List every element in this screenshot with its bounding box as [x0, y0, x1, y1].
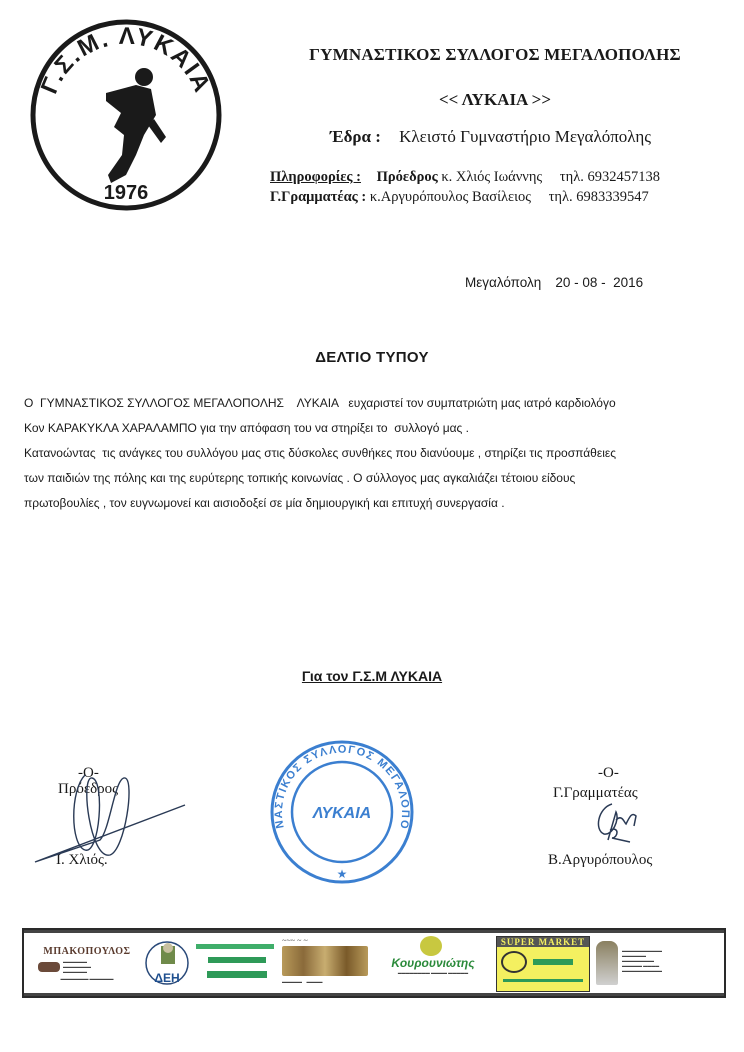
sponsor-banner: ΜΠΑΚΟΠΟΥΛΟΣ ▬▬▬▬▬▬▬▬▬▬▬▬▬▬▬▬▬▬▬ ▬▬▬▬▬▬▬ …	[22, 928, 726, 998]
date-place: Μεγαλόπολη	[465, 275, 541, 290]
sponsor-super-market: SUPER MARKET	[496, 936, 590, 992]
body-line: Κατανοώντας τις ανάγκες του συλλόγου μας…	[24, 446, 616, 460]
sponsor-bakopoulos: ΜΠΑΚΟΠΟΥΛΟΣ ▬▬▬▬▬▬▬▬▬▬▬▬▬▬▬▬▬▬▬ ▬▬▬▬▬▬▬ …	[32, 936, 142, 990]
sponsor-deh: ΔΕΗ	[144, 936, 192, 990]
club-name: ΓΥΜΝΑΣΤΙΚΟΣ ΣΥΛΛΟΓΟΣ ΜΕΓΑΛΟΠΟΛΗΣ	[270, 45, 720, 65]
sign-off-label: Για τον Γ.Σ.Μ ΛΥΚΑΙΑ	[0, 668, 744, 684]
president-signature	[30, 770, 200, 870]
president-phone: τηλ. 6932457138	[560, 169, 660, 185]
logo-year: 1976	[104, 182, 149, 204]
secretary-article: -Ο-	[598, 765, 619, 782]
sponsor-bakery: ~~~ ~ ~ ▬▬▬▬▬ ▬▬▬▬	[282, 936, 368, 990]
seat-label: Έδρα :	[330, 127, 381, 146]
info-secretary-line: Γ.Γραμματέας : κ.Αργυρόπουλος Βασίλειος …	[270, 189, 649, 206]
sponsor-kourouniotis: Κουρουνιώτης ▬▬▬▬▬▬▬▬ ▬▬▬▬ ▬▬▬▬▬	[374, 936, 492, 990]
club-stamp: ΓΥΜΝΑΣΤΙΚΟΣ ΣΥΛΛΟΓΟΣ ΜΕΓΑΛΟΠΟΛΗΣ ΛΥΚΑΙΑ …	[262, 738, 422, 886]
info-label: Πληροφορίες :	[270, 169, 361, 185]
president-name: κ. Χλιός Ιωάννης	[441, 169, 542, 185]
president-role: Πρόεδρος	[377, 169, 438, 185]
press-release-title: ΔΕΛΤΙΟ ΤΥΠΟΥ	[0, 349, 744, 366]
star-icon: ★	[337, 867, 348, 881]
seat-value: Κλειστό Γυμναστήριο Μεγαλόπολης	[399, 127, 651, 146]
sponsor-portrait: ▬▬▬▬▬▬▬▬▬▬▬▬▬▬▬▬▬▬▬▬▬▬▬▬▬▬▬▬▬ ▬▬▬▬▬▬▬▬▬▬…	[596, 936, 716, 990]
date-line: Μεγαλόπολη20 - 08 - 2016	[465, 275, 643, 290]
svg-text:ΔΕΗ: ΔΕΗ	[154, 971, 179, 985]
body-line: των παιδιών της πόλης και της ευρύτερης …	[24, 471, 575, 485]
club-logo: Γ.Σ.Μ. ΛΥΚΑΙΑ 1976	[26, 15, 226, 215]
stamp-center-text: ΛΥΚΑΙΑ	[312, 805, 371, 822]
secretary-signature-name: Β.Αργυρόπουλος	[548, 852, 652, 869]
date-value: 20 - 08 - 2016	[555, 275, 643, 290]
body-line: Ο ΓΥΜΝΑΣΤΙΚΟΣ ΣΥΛΛΟΓΟΣ ΜΕΓΑΛΟΠΟΛΗΣ ΛΥΚΑΙ…	[24, 396, 616, 410]
club-alias: << ΛΥΚΑΙΑ >>	[270, 90, 720, 110]
seat-line: Έδρα : Κλειστό Γυμναστήριο Μεγαλόπολης	[330, 127, 651, 147]
secretary-role: Γ.Γραμματέας :	[270, 189, 366, 205]
secretary-signature	[590, 800, 650, 845]
body-line: πρωτοβουλίες , τον ευγνωμονεί και αισιοδ…	[24, 496, 505, 510]
secretary-phone: τηλ. 6983339547	[549, 189, 649, 205]
secretary-name: κ.Αργυρόπουλος Βασίλειος	[370, 189, 531, 205]
sponsor-green-text	[196, 936, 278, 990]
body-line: Κον ΚΑΡΑΚΥΚΛΑ ΧΑΡΑΛΑΜΠΟ για την απόφαση …	[24, 421, 469, 435]
info-president-line: Πληροφορίες : Πρόεδρος κ. Χλιός Ιωάννης …	[270, 169, 660, 186]
